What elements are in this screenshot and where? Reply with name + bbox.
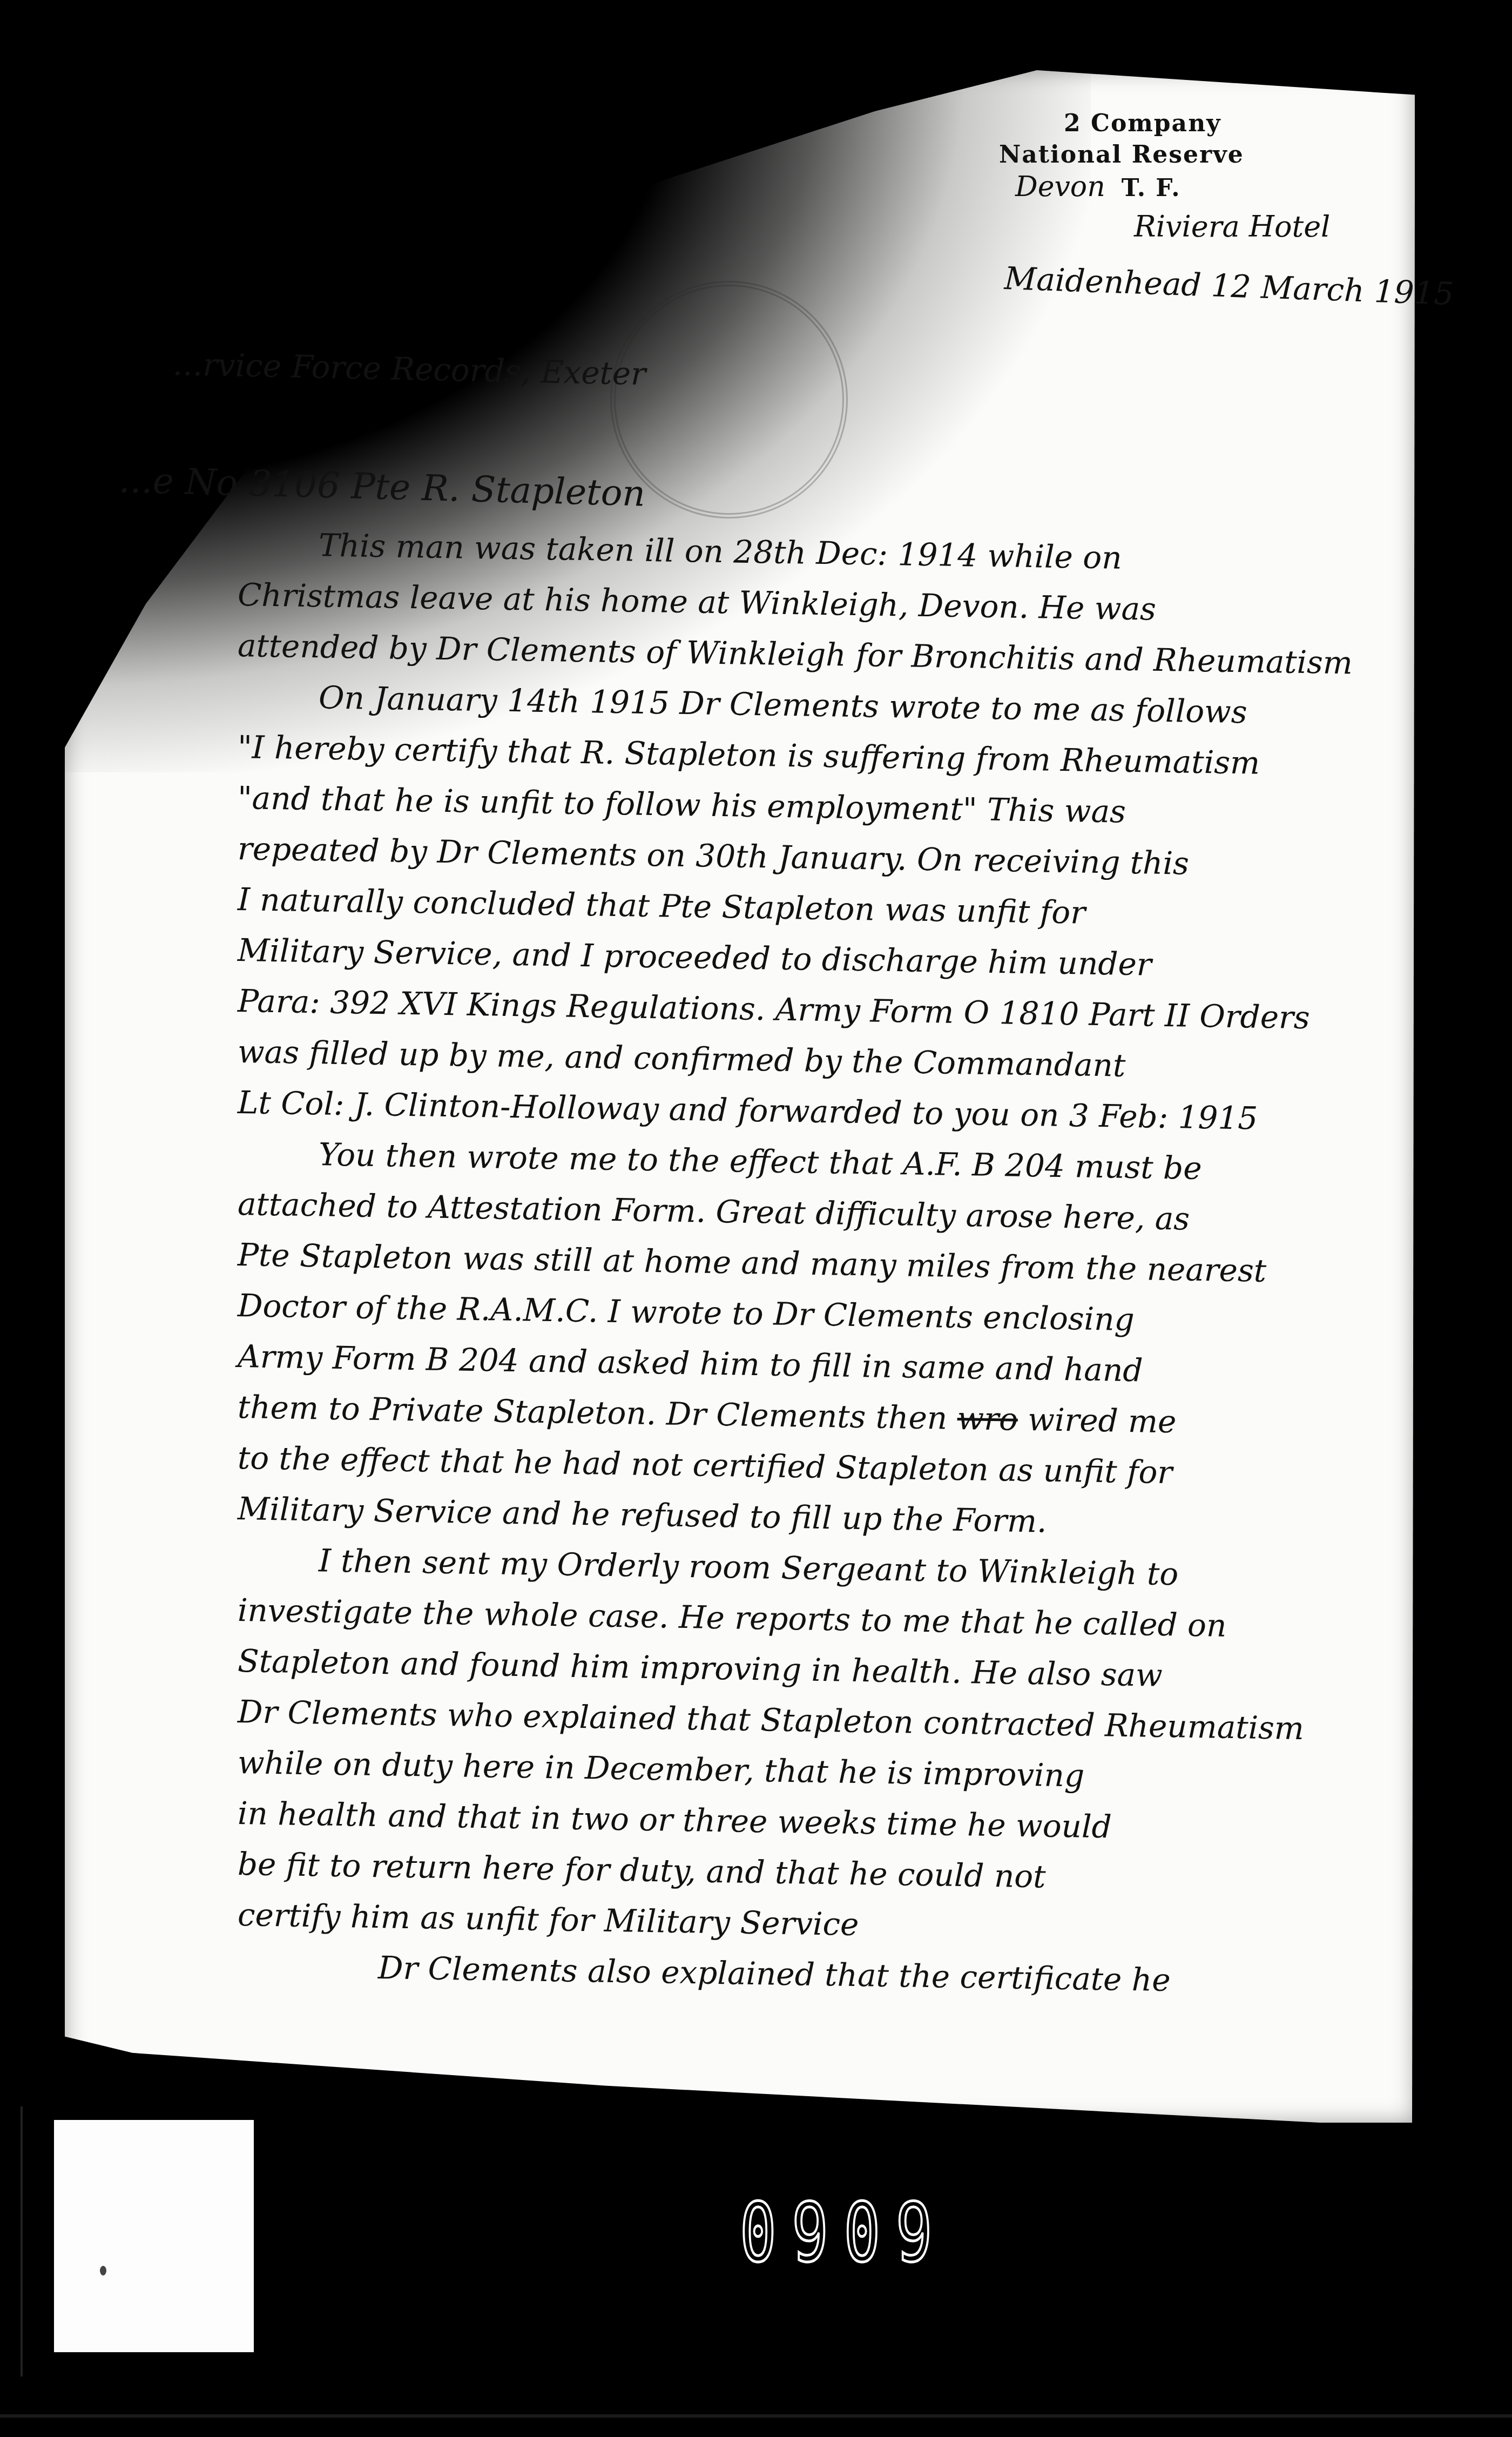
letterhead-force: T. F. [1122, 173, 1181, 204]
calibration-card [54, 2120, 254, 2352]
letterhead: 2 Company National Reserve Devon T. F. R… [999, 108, 1420, 297]
ink-stamp [610, 281, 848, 519]
microfilm-frame: 2 Company National Reserve Devon T. F. R… [0, 0, 1512, 2437]
letter-body: This man was taken ill on 28th Dec: 1914… [238, 519, 1399, 1991]
frame-number: 0909 [740, 2193, 948, 2274]
body-line-text: them to Private Stapleton. Dr Clements t… [237, 1389, 947, 1437]
body-line-tail: wired me [1028, 1401, 1177, 1440]
film-edge-left [21, 2106, 23, 2377]
letterhead-company: 2 Company [1064, 108, 1420, 139]
struck-word: wro [957, 1400, 1018, 1438]
film-edge [0, 2414, 1512, 2418]
letterhead-unit: National Reserve [999, 139, 1420, 171]
letterhead-county: Devon [1015, 171, 1105, 203]
letterhead-county-row: Devon T. F. [1015, 171, 1420, 204]
card-mark [100, 2266, 106, 2276]
letterhead-address: Riviera Hotel [1134, 210, 1420, 244]
